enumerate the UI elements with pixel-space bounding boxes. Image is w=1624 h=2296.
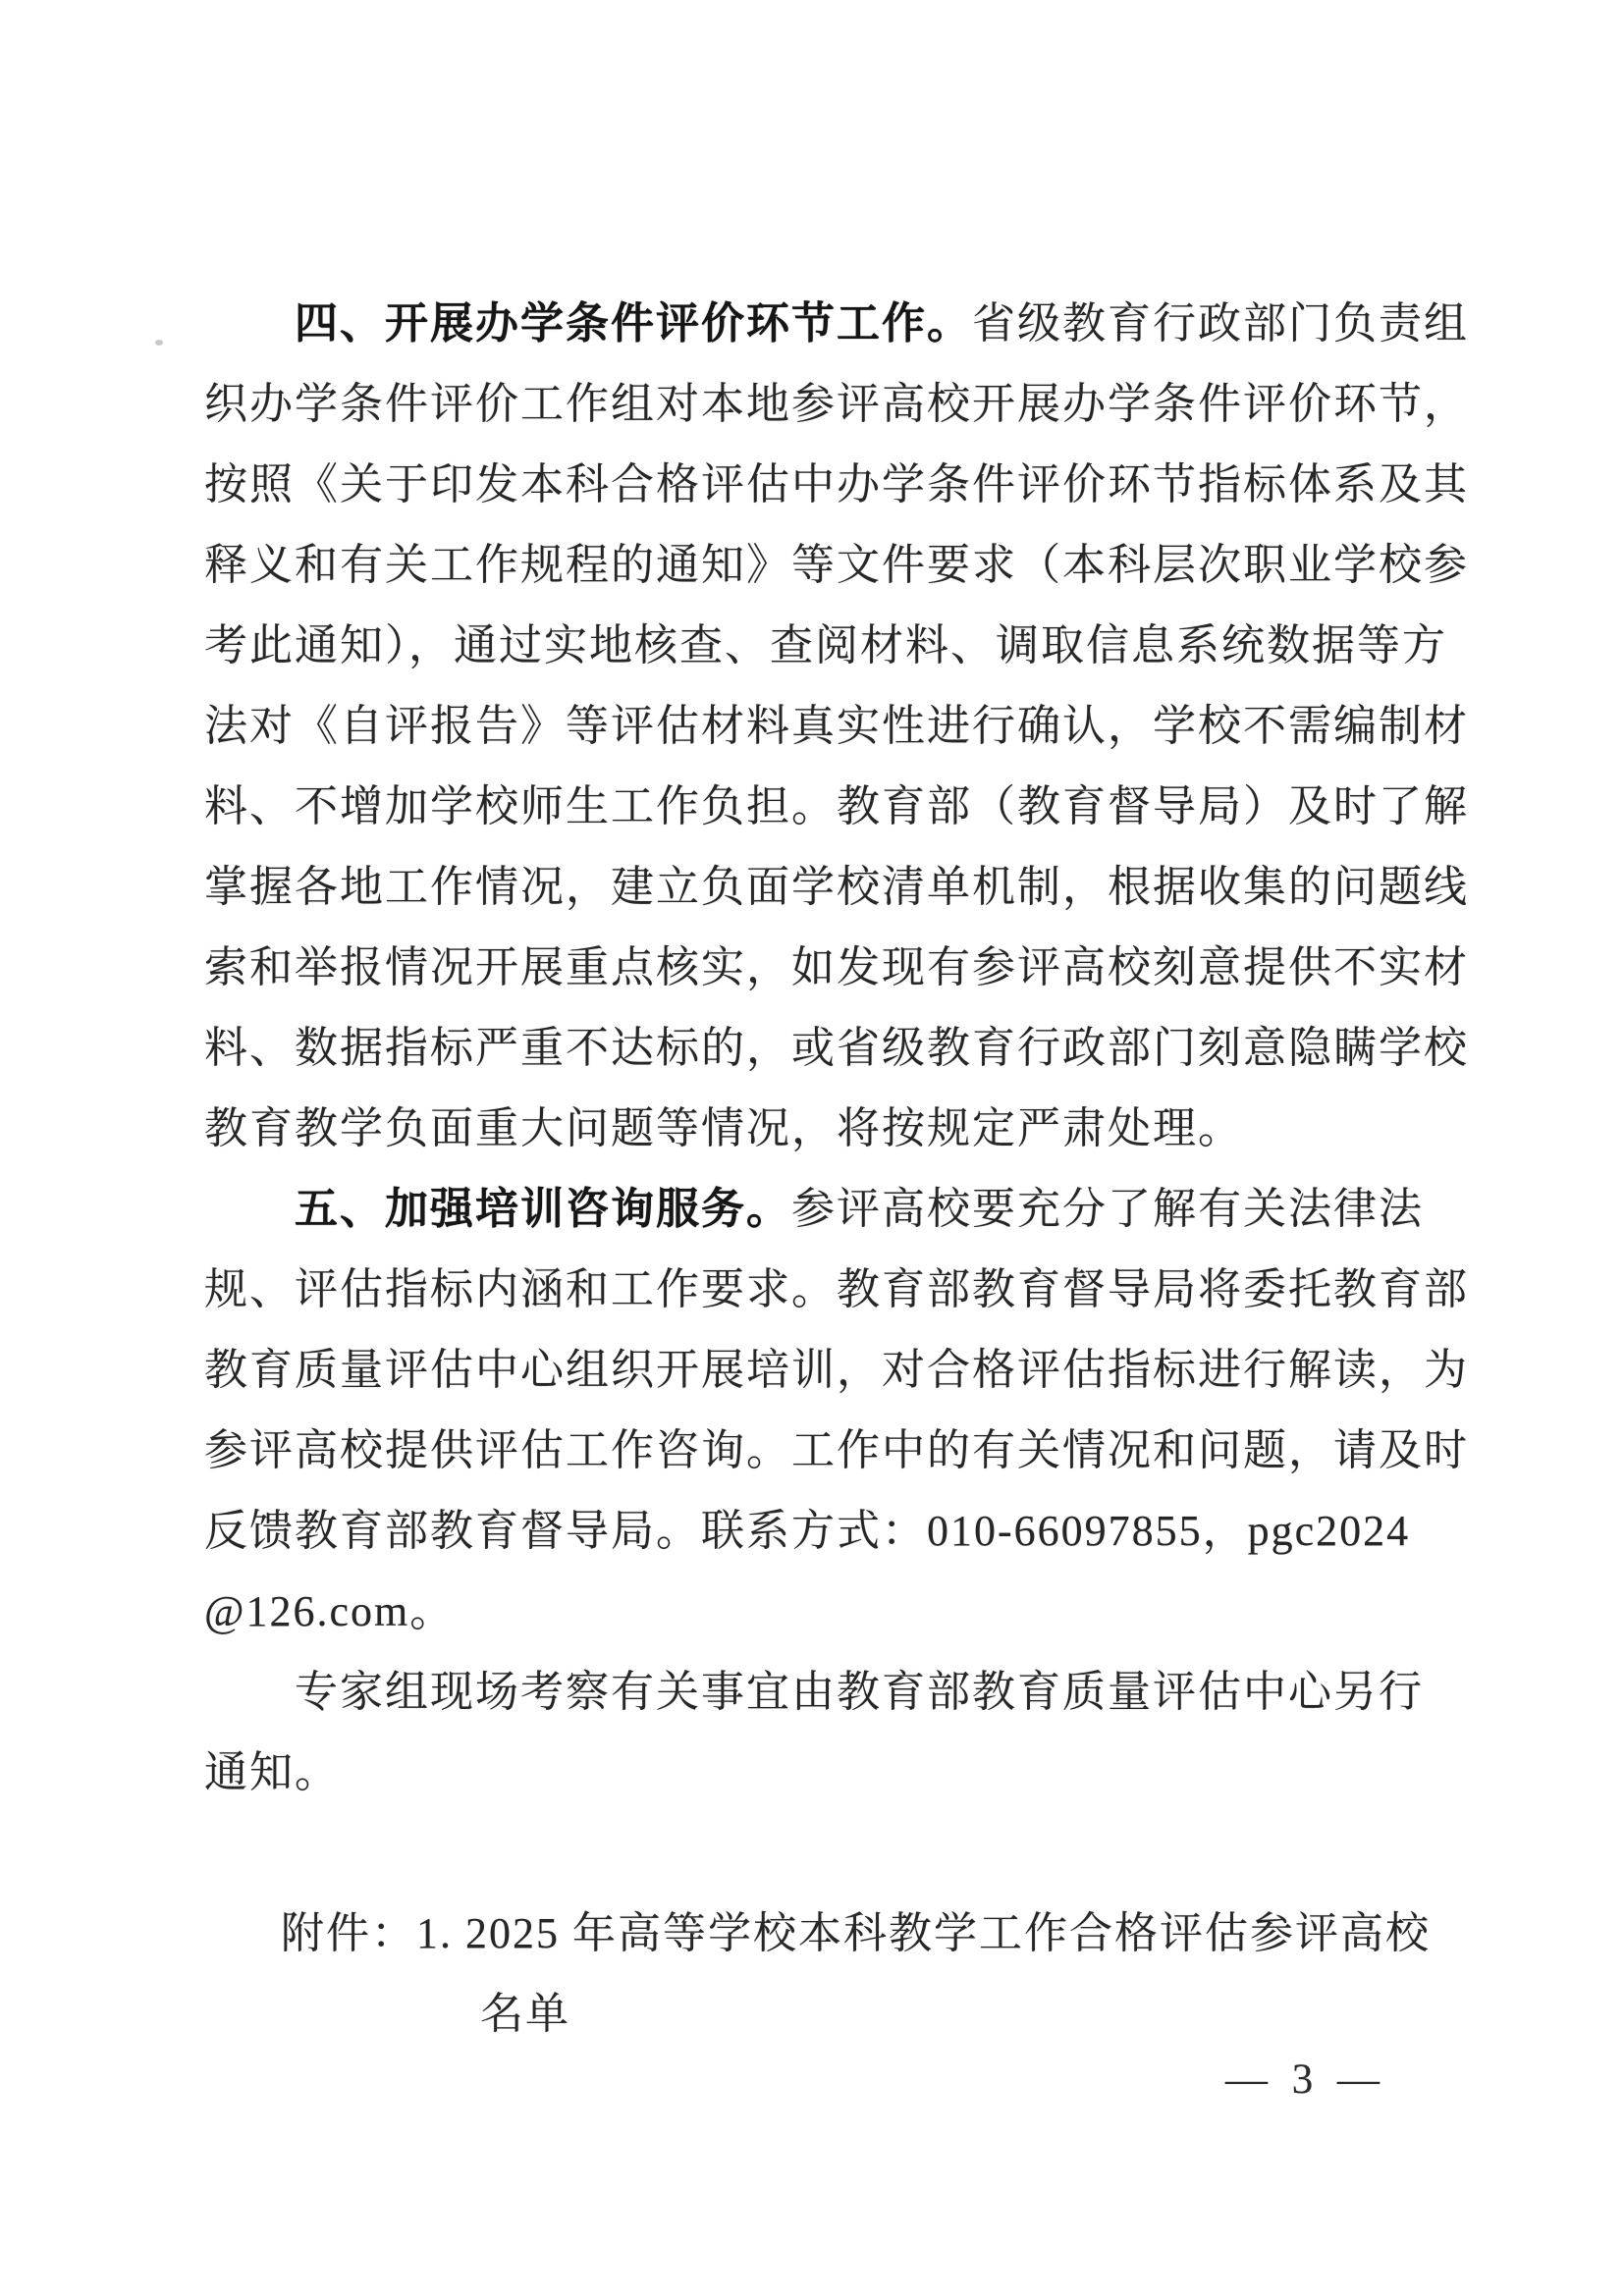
text-run: 规、评估指标内涵和工作要求。教育部教育督导局将委托教育部 [204,1265,1469,1313]
text-line-14: 教育质量评估中心组织开展培训，对合格评估指标进行解读，为 [204,1330,1427,1411]
page-number: — 3 — [1225,2056,1386,2104]
text-run: 参评高校提供评估工作咨询。工作中的有关情况和问题，请及时 [204,1426,1469,1474]
text-run: 织办学条件评价工作组对本地参评高校开展办学条件评价环节， [204,380,1469,428]
text-run: 通知。 [204,1748,340,1796]
text-run: 考此通知），通过实地核查、查阅材料、调取信息系统数据等方 [204,621,1447,669]
text-line-7: 料、不增加学校师生工作负担。教育部（教育督导局）及时了解 [204,767,1427,847]
text-line-22: 名单 [204,1974,1427,2055]
text-line-19: 通知。 [204,1733,1427,1813]
text-run: 料、不增加学校师生工作负担。教育部（教育督导局）及时了解 [204,782,1469,830]
text-run: 名单 [480,1990,570,2038]
text-line-16: 反馈教育部教育督导局。联系方式：010-66097855，pgc2024 [204,1491,1427,1572]
text-run: 索和举报情况开展重点核实，如发现有参评高校刻意提供不实材 [204,943,1469,991]
text-run: 按照《关于印发本科合格评估中办学条件评价环节指标体系及其 [204,460,1469,508]
text-line-15: 参评高校提供评估工作咨询。工作中的有关情况和问题，请及时 [204,1411,1427,1491]
text-run: 专家组现场考察有关事宜由教育部教育质量评估中心另行 [295,1668,1424,1716]
text-line-1: 四、开展办学条件评价环节工作。省级教育行政部门负责组 [204,284,1427,364]
text-run: 附件：1. 2025 年高等学校本科教学工作合格评估参评高校 [281,1909,1431,1957]
text-run: @126.com。 [204,1587,455,1635]
text-line-10: 料、数据指标严重不达标的，或省级教育行政部门刻意隐瞒学校 [204,1008,1427,1089]
heading-run: 五、加强培训咨询服务。 [295,1185,791,1233]
text-line-18: 专家组现场考察有关事宜由教育部教育质量评估中心另行 [204,1652,1427,1733]
text-line-8: 掌握各地工作情况，建立负面学校清单机制，根据收集的问题线 [204,847,1427,928]
heading-run: 四、开展办学条件评价环节工作。 [295,299,972,347]
text-line-17: @126.com。 [204,1572,1427,1652]
text-line-12: 五、加强培训咨询服务。参评高校要充分了解有关法律法 [204,1169,1427,1250]
text-run: 料、数据指标严重不达标的，或省级教育行政部门刻意隐瞒学校 [204,1024,1469,1072]
text-run: 掌握各地工作情况，建立负面学校清单机制，根据收集的问题线 [204,863,1469,911]
document-body: 四、开展办学条件评价环节工作。省级教育行政部门负责组织办学条件评价工作组对本地参… [204,284,1427,2055]
text-run: 省级教育行政部门负责组 [972,299,1469,347]
text-run: 教育教学负面重大问题等情况，将按规定严肃处理。 [204,1104,1243,1152]
text-line-2: 织办学条件评价工作组对本地参评高校开展办学条件评价环节， [204,364,1427,445]
text-run: 反馈教育部教育督导局。联系方式：010-66097855，pgc2024 [204,1507,1410,1555]
text-line-11: 教育教学负面重大问题等情况，将按规定严肃处理。 [204,1089,1427,1169]
text-line-3: 按照《关于印发本科合格评估中办学条件评价环节指标体系及其 [204,445,1427,525]
text-line-13: 规、评估指标内涵和工作要求。教育部教育督导局将委托教育部 [204,1250,1427,1330]
text-line-6: 法对《自评报告》等评估材料真实性进行确认，学校不需编制材 [204,686,1427,767]
text-line-5: 考此通知），通过实地核查、查阅材料、调取信息系统数据等方 [204,606,1427,686]
document-page: 四、开展办学条件评价环节工作。省级教育行政部门负责组织办学条件评价工作组对本地参… [0,0,1624,2296]
text-run: 法对《自评报告》等评估材料真实性进行确认，学校不需编制材 [204,702,1469,750]
text-line-20 [204,1813,1427,1894]
text-run: 释义和有关工作规程的通知》等文件要求（本科层次职业学校参 [204,541,1469,589]
scan-speck [155,340,163,346]
text-run: 参评高校要充分了解有关法律法 [791,1185,1424,1233]
text-line-4: 释义和有关工作规程的通知》等文件要求（本科层次职业学校参 [204,525,1427,606]
text-line-21: 附件：1. 2025 年高等学校本科教学工作合格评估参评高校 [204,1894,1427,1974]
text-line-9: 索和举报情况开展重点核实，如发现有参评高校刻意提供不实材 [204,928,1427,1008]
text-run: 教育质量评估中心组织开展培训，对合格评估指标进行解读，为 [204,1346,1469,1394]
